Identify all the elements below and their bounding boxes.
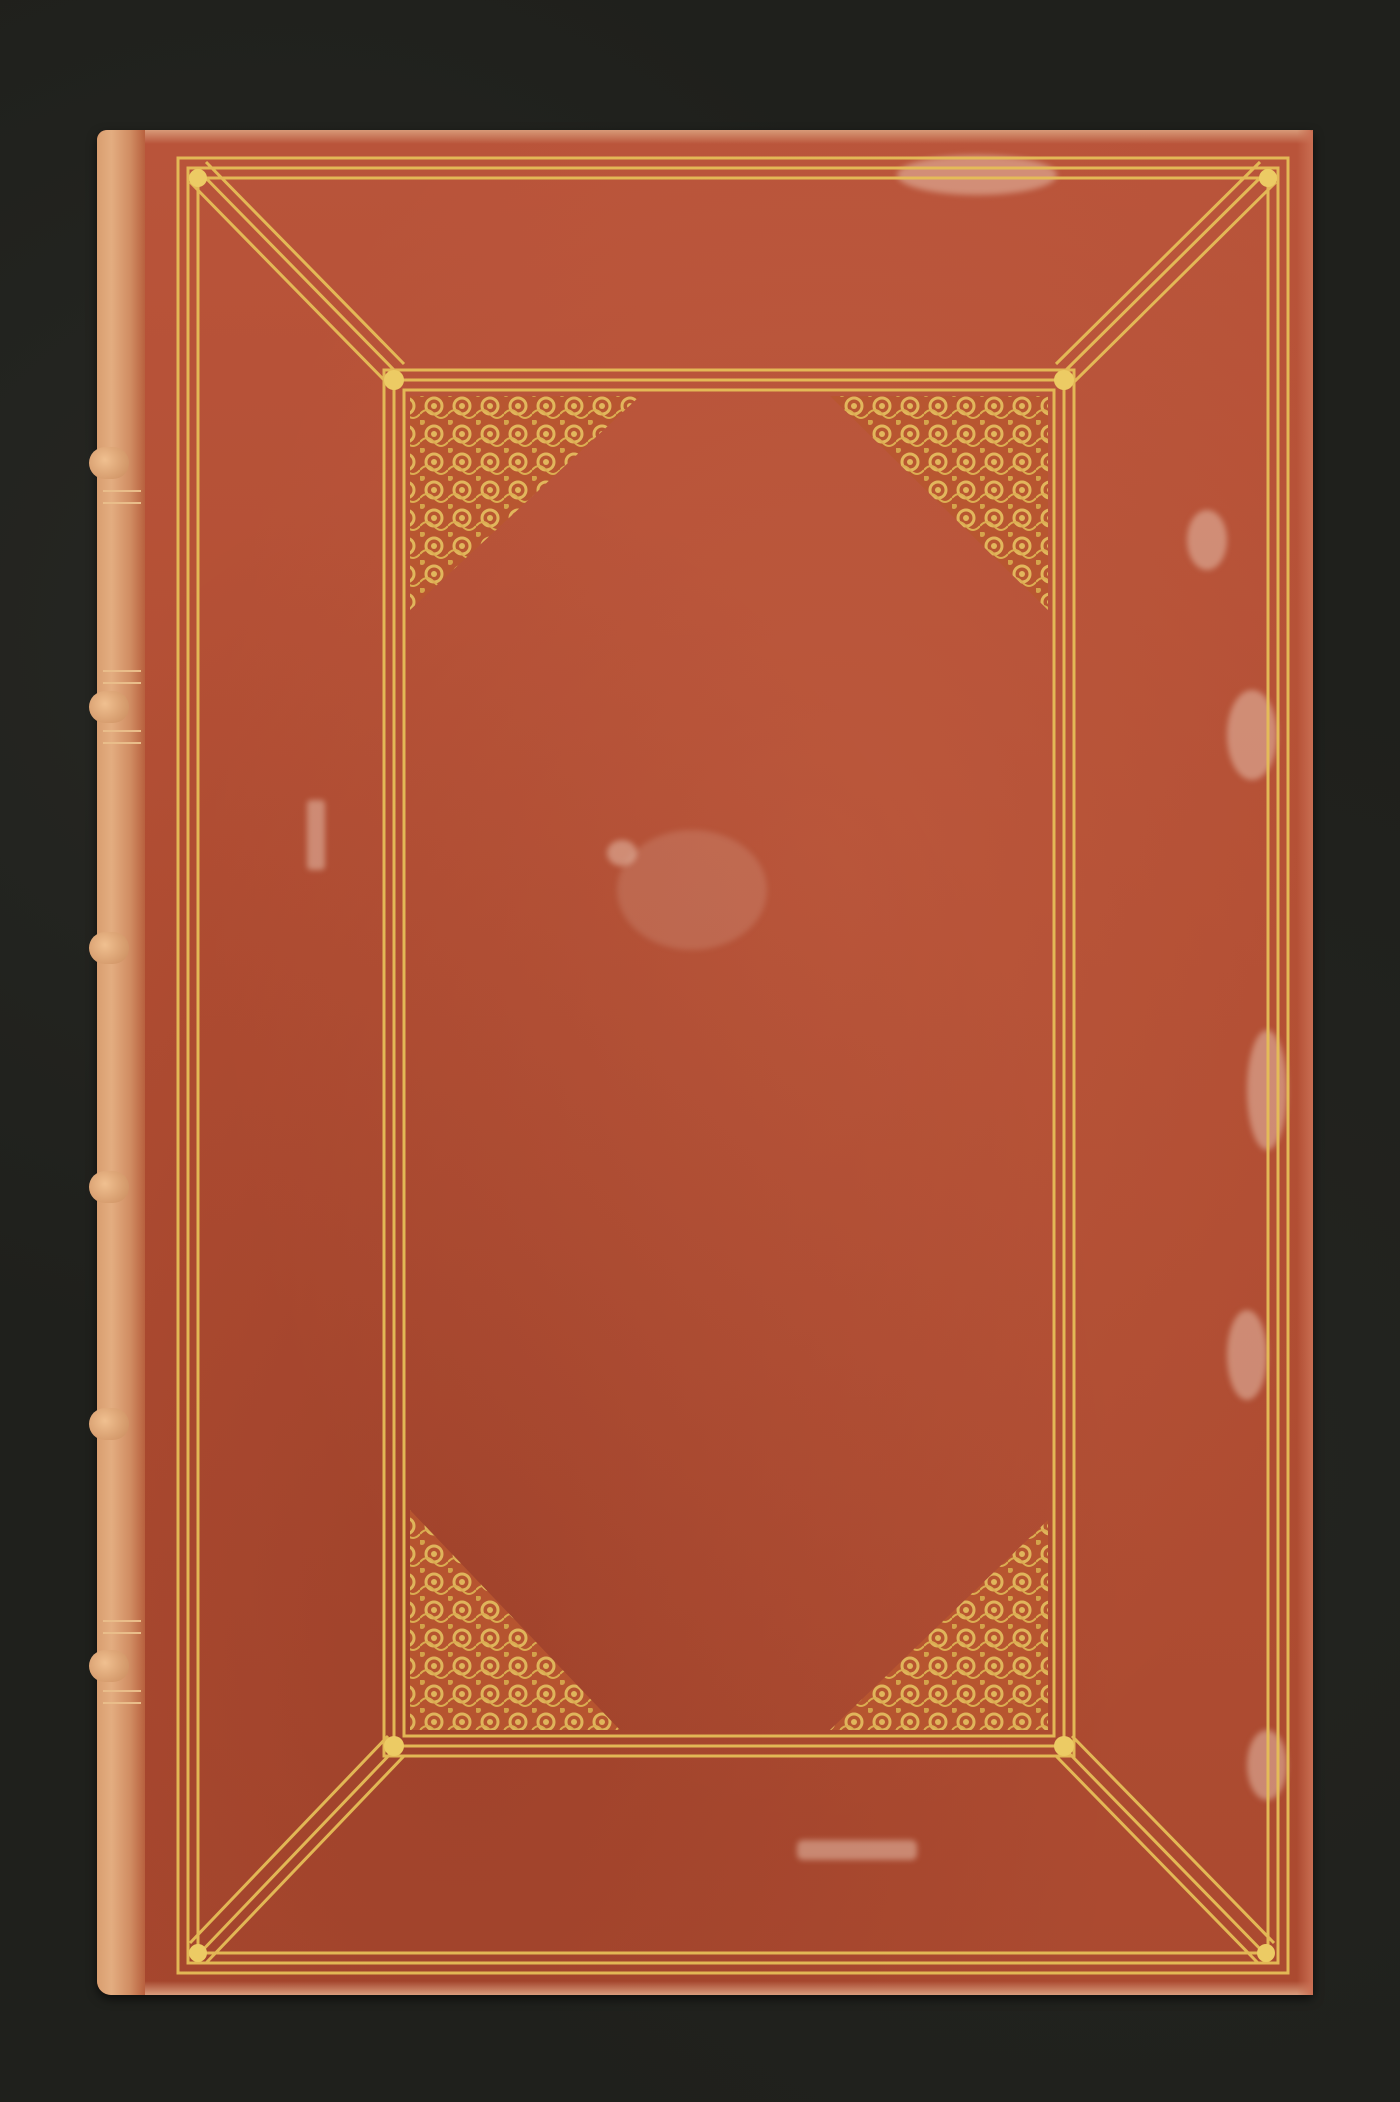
corner-ornament-tl	[410, 396, 640, 610]
corner-ornament-bl	[410, 1510, 620, 1730]
corner-ornament-tr	[830, 396, 1048, 610]
corner-ornament-br	[830, 1520, 1048, 1730]
gilt-tooling	[0, 0, 1400, 2102]
